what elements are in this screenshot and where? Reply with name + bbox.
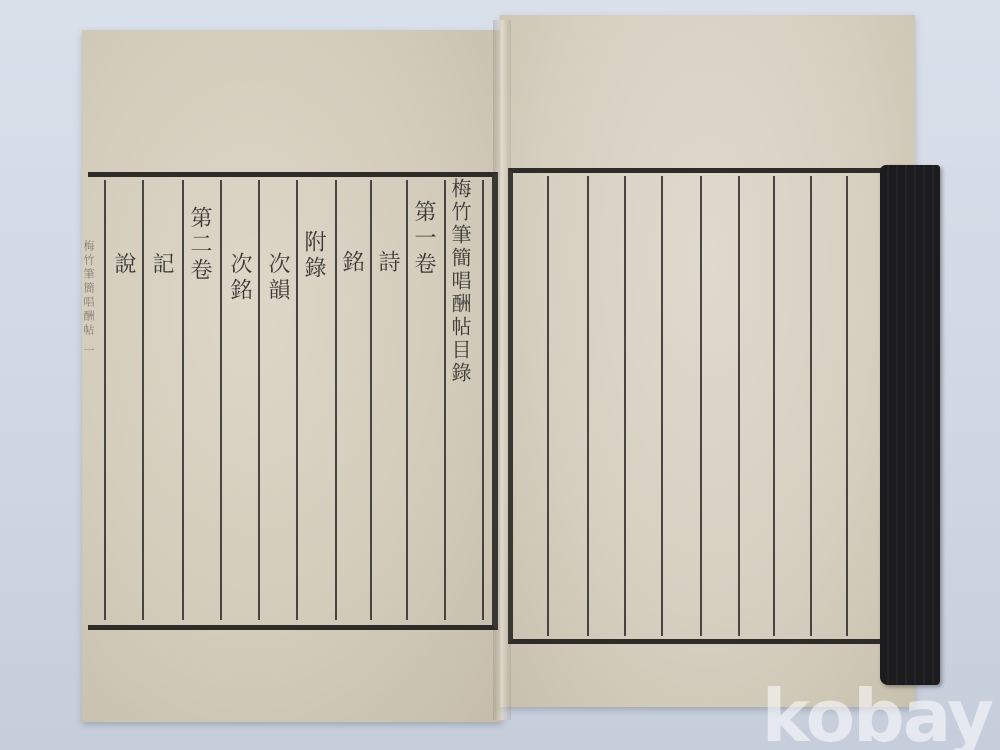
column-rule — [406, 180, 408, 620]
column-rule — [104, 180, 106, 620]
column-rule — [296, 180, 298, 620]
toc-entry: 詩 — [376, 250, 398, 276]
column-rule — [370, 180, 372, 620]
right-page-frame — [508, 168, 885, 644]
volume-heading: 第二卷 — [188, 206, 210, 284]
column-rule — [547, 176, 549, 636]
left-page-frame — [88, 172, 498, 630]
table-of-contents-title: 梅竹筆簡唱酬帖目錄 — [450, 178, 470, 385]
column-rule — [700, 176, 702, 636]
toc-entry: 次銘 — [228, 252, 250, 304]
black-book-case-edge — [880, 165, 940, 685]
column-rule — [220, 180, 222, 620]
toc-entry: 銘 — [340, 250, 362, 276]
volume-heading: 第一卷 — [412, 200, 434, 278]
column-rule — [587, 176, 589, 636]
column-rule — [846, 176, 848, 636]
column-rule — [182, 180, 184, 620]
column-rule — [661, 176, 663, 636]
watermark-logo: kobay — [762, 674, 992, 750]
column-rule — [258, 180, 260, 620]
toc-entry: 附錄 — [302, 230, 324, 282]
column-rule — [482, 180, 484, 620]
spine-label: 梅竹筆簡唱酬帖 一 — [82, 240, 96, 560]
column-rule — [773, 176, 775, 636]
column-rule — [738, 176, 740, 636]
toc-entry: 記 — [150, 252, 172, 278]
toc-entry: 說 — [112, 252, 134, 278]
column-rule — [142, 180, 144, 620]
column-rule — [444, 180, 446, 620]
column-rule — [335, 180, 337, 620]
column-rule — [624, 176, 626, 636]
toc-entry: 次韻 — [266, 252, 288, 304]
column-rule — [810, 176, 812, 636]
